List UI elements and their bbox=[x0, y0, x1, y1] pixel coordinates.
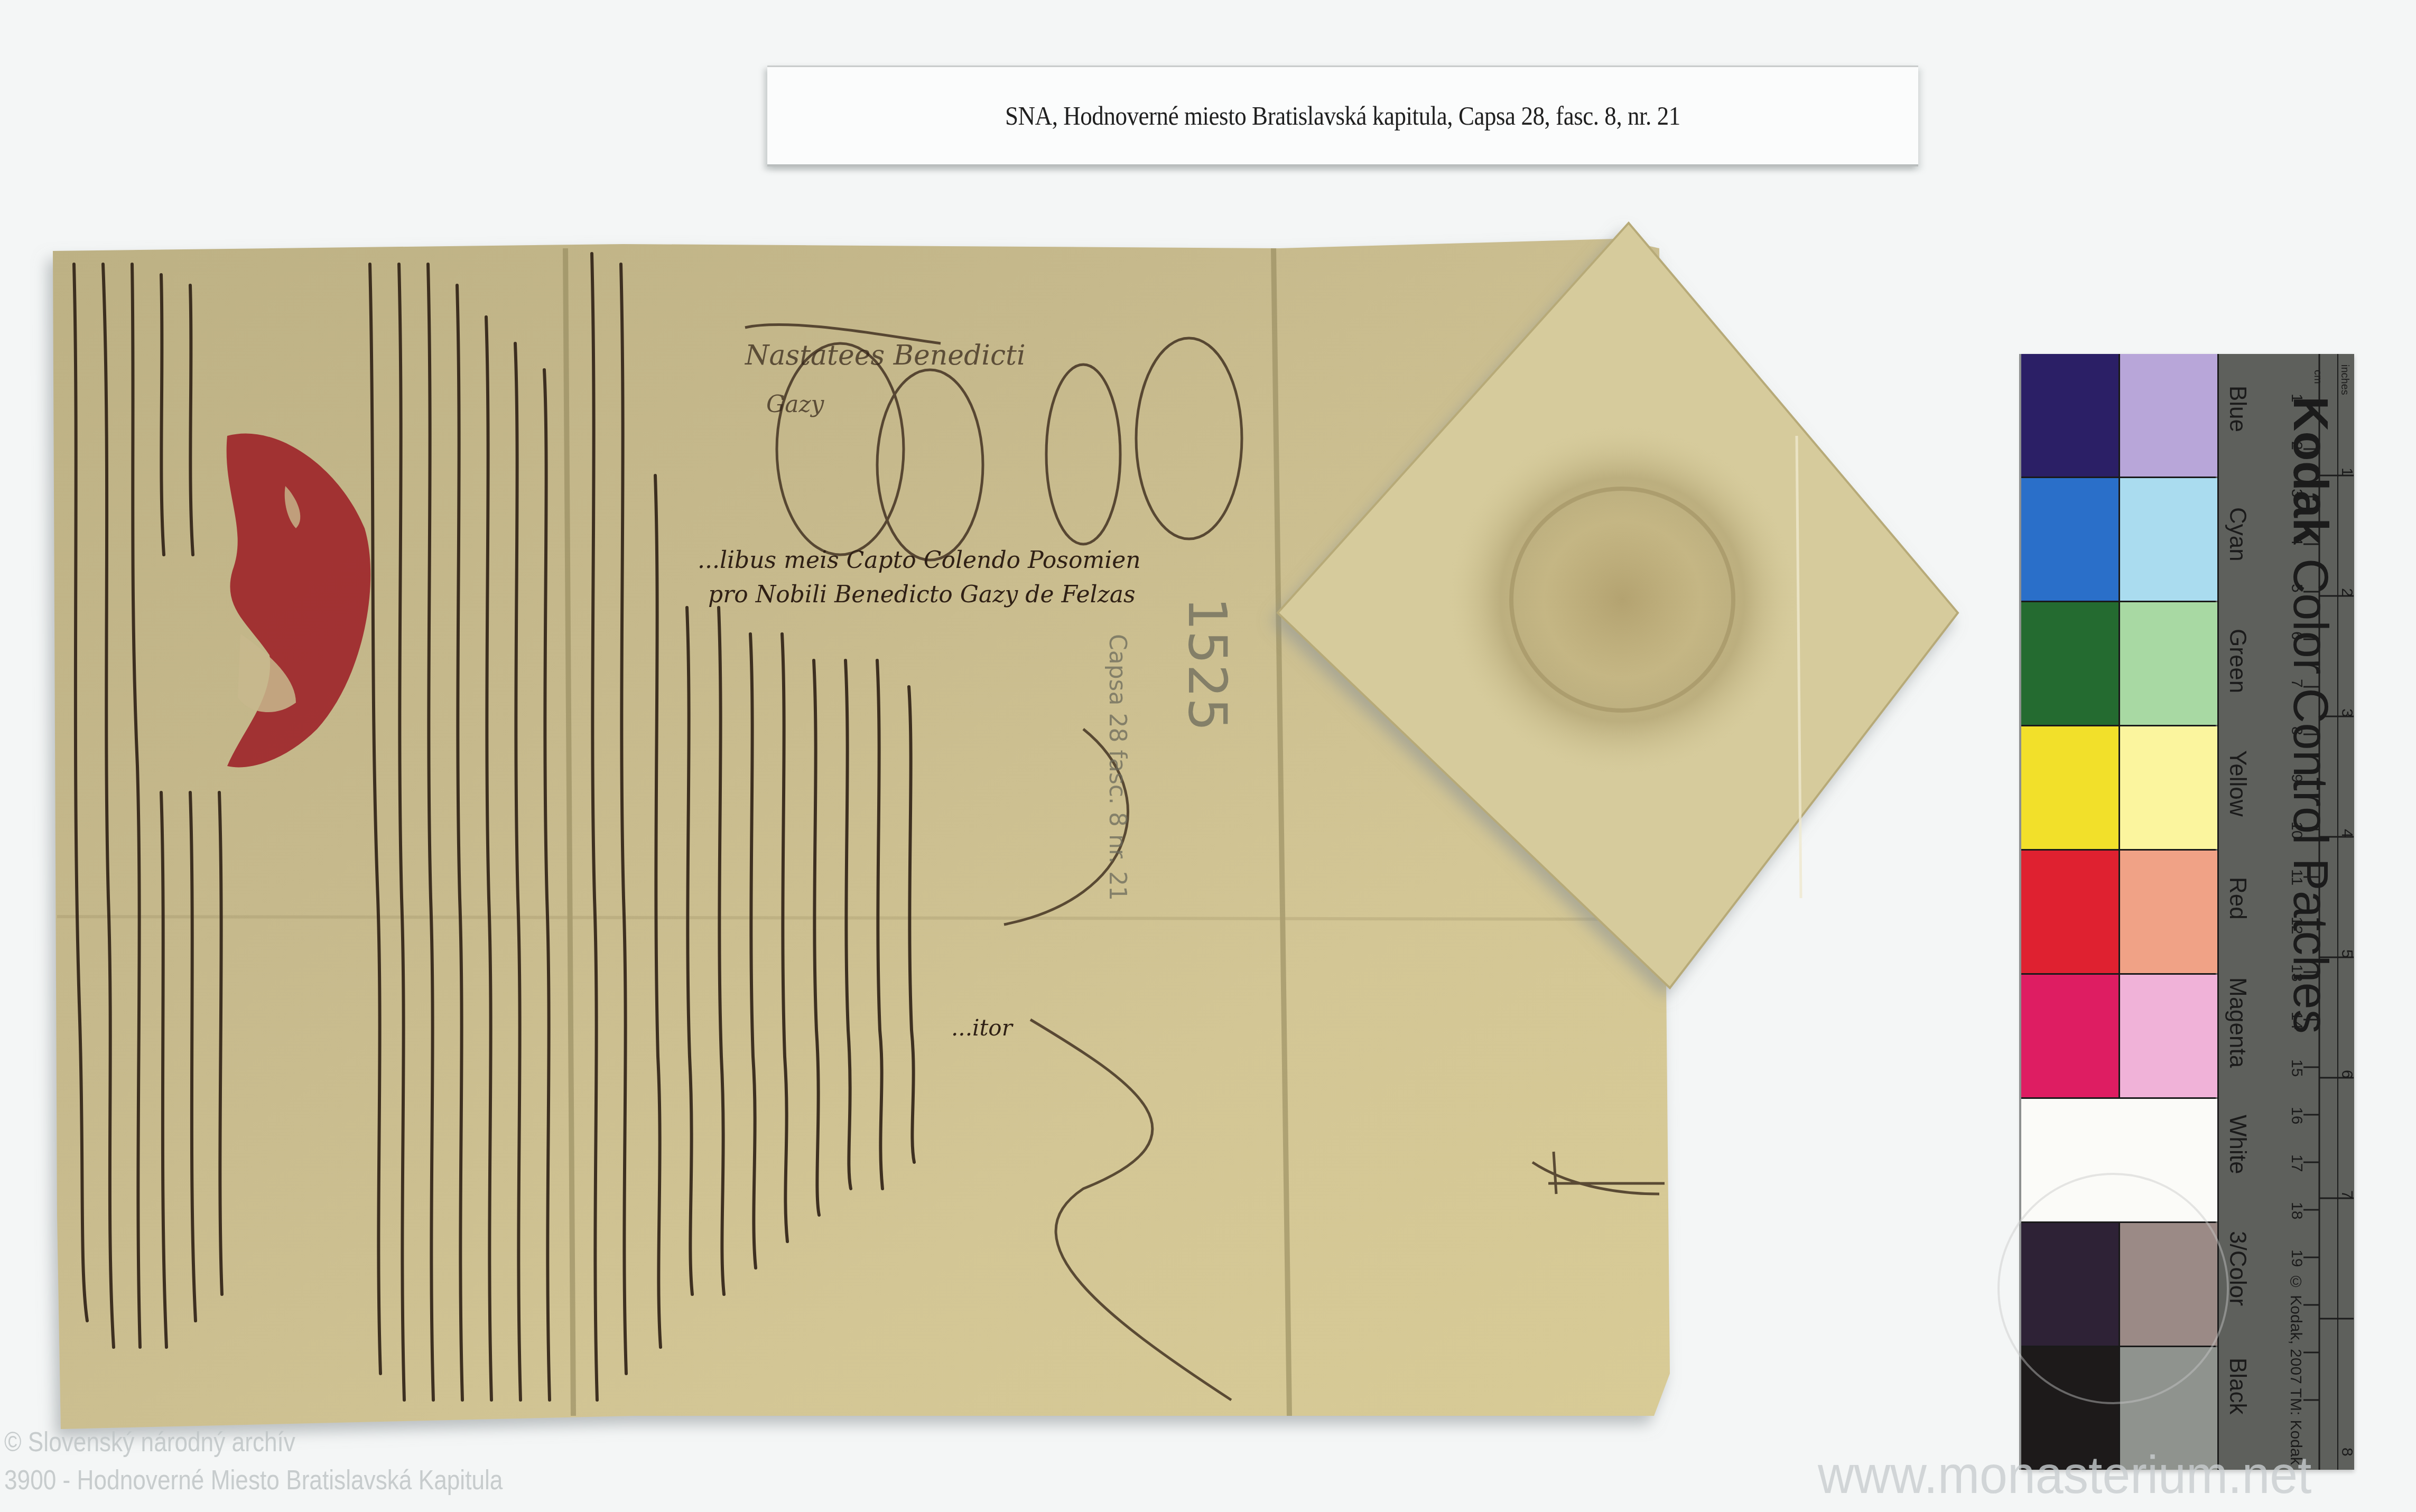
inch-tick-5: 5 bbox=[2338, 949, 2356, 958]
cm-tick-12: 12 bbox=[2288, 917, 2306, 934]
cm-tick-18: 18 bbox=[2288, 1202, 2306, 1219]
cm-tick-11: 11 bbox=[2288, 869, 2306, 885]
inch-tick-1: 1 bbox=[2338, 468, 2356, 477]
paper-sheet bbox=[53, 239, 1670, 1429]
patch-cyan-light bbox=[2120, 478, 2217, 601]
cm-tick-15: 15 bbox=[2288, 1059, 2306, 1077]
svg-text:Capsa 28 fasc. 8 nr. 21: Capsa 28 fasc. 8 nr. 21 bbox=[1104, 634, 1131, 901]
svg-text:Gazy: Gazy bbox=[766, 391, 825, 418]
svg-text:1525: 1525 bbox=[1176, 597, 1238, 732]
patch-blue-light bbox=[2120, 354, 2217, 477]
seal-stain bbox=[1448, 425, 1797, 774]
patch-green-light bbox=[2120, 602, 2217, 725]
cm-tick-2: 2 bbox=[2288, 441, 2306, 450]
inch-tick-8: 8 bbox=[2338, 1448, 2356, 1457]
copyright-watermark: © Slovenský národný archív bbox=[4, 1426, 295, 1458]
cm-tick-5: 5 bbox=[2288, 584, 2306, 593]
cm-tick-19: 19 bbox=[2288, 1249, 2306, 1267]
cm-tick-14: 14 bbox=[2288, 1012, 2306, 1029]
site-watermark: www.monasterium.net bbox=[1818, 1445, 2312, 1506]
svg-text:...libus meis Capto Colendo Po: ...libus meis Capto Colendo Posomien bbox=[698, 547, 1141, 574]
patch-magenta-dark bbox=[2021, 975, 2118, 1097]
inch-tick-3: 3 bbox=[2338, 708, 2356, 717]
svg-text:pro Nobili Benedicto Gazy de F: pro Nobili Benedicto Gazy de Felzas bbox=[708, 581, 1136, 608]
cm-tick-17: 17 bbox=[2288, 1154, 2306, 1172]
patch-magenta-light bbox=[2120, 975, 2217, 1097]
svg-text:...itor: ...itor bbox=[951, 1015, 1014, 1041]
kodak-ruler: Kodak Color Control Patches Blue Cyan Gr… bbox=[2217, 354, 2356, 1470]
cm-tick-3: 3 bbox=[2288, 489, 2306, 498]
patch-red-light bbox=[2120, 851, 2217, 973]
cm-tick-10: 10 bbox=[2288, 822, 2306, 839]
patch-yellow-dark bbox=[2021, 726, 2118, 849]
cm-tick-6: 6 bbox=[2288, 631, 2306, 640]
cm-tick-16: 16 bbox=[2288, 1107, 2306, 1124]
patch-blue-dark bbox=[2021, 354, 2118, 477]
svg-text:Nastatees Benedicti: Nastatees Benedicti bbox=[744, 340, 1026, 371]
patch-yellow-light bbox=[2120, 726, 2217, 849]
cm-tick-4: 4 bbox=[2288, 536, 2306, 545]
patch-cyan-dark bbox=[2021, 478, 2118, 601]
cm-tick-1: 1 bbox=[2288, 394, 2306, 403]
fond-watermark: 3900 - Hodnoverné Miesto Bratislavská Ka… bbox=[4, 1464, 503, 1496]
ruler-ticks bbox=[2219, 354, 2356, 1470]
cm-tick-8: 8 bbox=[2288, 726, 2306, 735]
inch-tick-6: 6 bbox=[2338, 1070, 2356, 1079]
patch-green-dark bbox=[2021, 602, 2118, 725]
cm-tick-9: 9 bbox=[2288, 774, 2306, 783]
cm-tick-7: 7 bbox=[2288, 679, 2306, 688]
inch-tick-4: 4 bbox=[2338, 829, 2356, 838]
cm-tick-13: 13 bbox=[2288, 964, 2306, 982]
inch-tick-7: 7 bbox=[2338, 1190, 2356, 1199]
inch-tick-2: 2 bbox=[2338, 588, 2356, 597]
patch-red-dark bbox=[2021, 851, 2118, 973]
archive-seal-watermark bbox=[1997, 1173, 2229, 1404]
